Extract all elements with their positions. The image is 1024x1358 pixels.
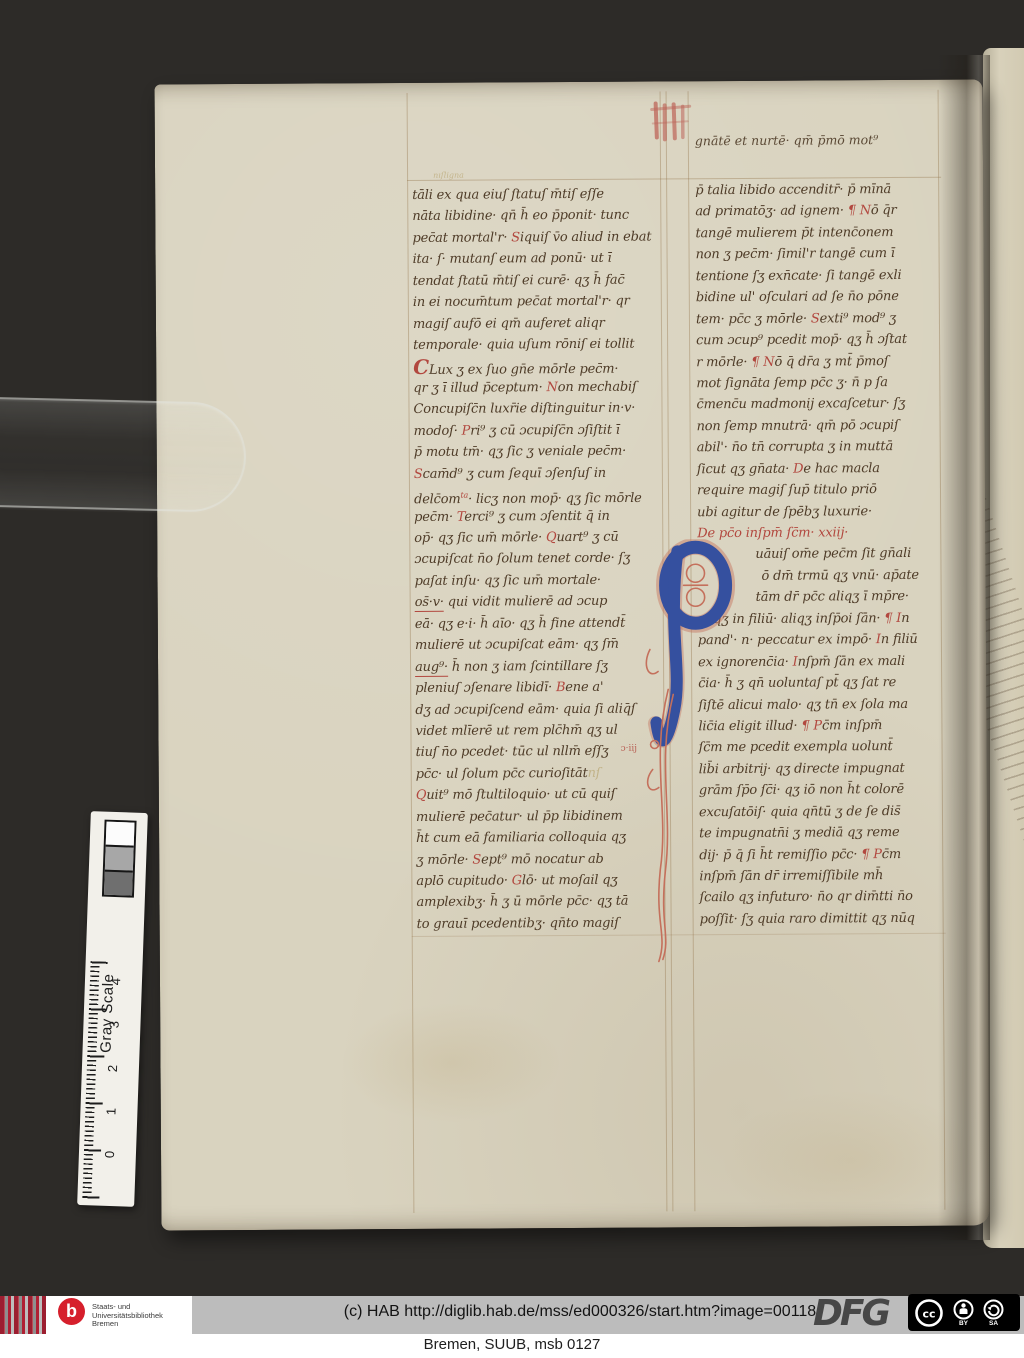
- cc-by-icon: [953, 1299, 974, 1320]
- cc-icon: cc: [914, 1298, 944, 1328]
- gray-patch-mid: [105, 845, 134, 871]
- copyright-url-text: (c) HAB http://diglib.hab.de/mss/ed00032…: [250, 1303, 910, 1321]
- illuminated-initial-p: [637, 539, 740, 970]
- margin-mark: ɔ·iij: [621, 744, 638, 754]
- quire-numeral-mark: [650, 97, 692, 145]
- gray-patch-dark: [104, 870, 133, 896]
- ruler-scale: 43210: [82, 961, 138, 1201]
- ruler-major-ticks: [82, 961, 107, 1199]
- svg-text:cc: cc: [922, 1307, 935, 1320]
- glass-page-holder: [0, 397, 247, 513]
- gray-scale-ruler: Gray Scale 43210: [77, 811, 148, 1207]
- header-annotation: gnātē et nurtē· qm̄ p̄mō mot⁹: [695, 132, 878, 148]
- digitized-manuscript-photo: gnātē et nurtē· qm̄ p̄mō mot⁹ nıſligna t…: [0, 0, 1024, 1358]
- cc-sa-item: SA: [983, 1299, 1004, 1327]
- dfg-logo: DFG: [813, 1293, 888, 1334]
- gray-patch-white: [106, 822, 135, 846]
- cc-sa-icon: [983, 1299, 1004, 1320]
- gutter-shadow: [938, 55, 990, 1240]
- text-column-left: tāli ex qua eiuſ ſtatuſ m̄tiſ eſſenāta l…: [412, 183, 660, 935]
- library-name: Staats- und Universitätsbibliothek Breme…: [92, 1303, 163, 1329]
- cc-by-item: BY: [953, 1299, 974, 1327]
- library-name-line3: Bremen: [92, 1320, 163, 1329]
- manuscript-page: gnātē et nurtē· qm̄ p̄mō mot⁹ nıſligna t…: [155, 79, 990, 1230]
- ruler-numbers: 43210: [106, 974, 120, 1162]
- suub-logo-icon: b: [58, 1298, 85, 1325]
- shelfmark-caption: Bremen, SUUB, msb 0127: [0, 1336, 1024, 1353]
- gray-patches: [102, 820, 137, 898]
- cc-license-badge: cc BY SA: [908, 1294, 1020, 1331]
- parchment-stain: [340, 1002, 561, 1123]
- cc-by-label: BY: [959, 1320, 968, 1327]
- interlinear-gloss: nıſligna: [433, 171, 464, 180]
- color-calibration-strip: [0, 1296, 46, 1334]
- cc-sa-label: SA: [989, 1320, 998, 1327]
